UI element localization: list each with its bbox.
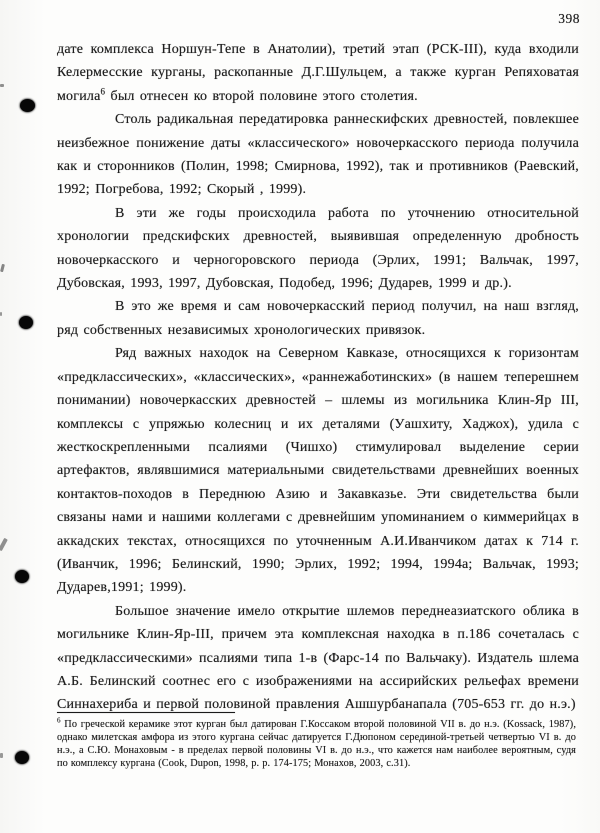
paragraph: В эти же годы происходила работа по уточ… (57, 202, 579, 296)
scan-artifact (0, 264, 5, 272)
scan-artifact (0, 538, 8, 551)
paragraph: В это же время и сам новочеркасский пери… (57, 295, 579, 342)
paragraph-text: был отнесен ко второй половине этого сто… (105, 89, 418, 104)
binding-hole-dot (15, 570, 29, 583)
paragraph: дате комплекса Норшун-Тепе в Анатолии), … (57, 38, 579, 108)
binding-hole-dot (20, 99, 35, 112)
paragraph: Столь радикальная передатировка раннески… (57, 108, 579, 202)
document-page: 398 дате комплекса Норшун-Тепе в Анатоли… (0, 0, 600, 833)
footnote: 6 По греческой керамике этот курган был … (57, 719, 576, 771)
page-number: 398 (558, 11, 580, 27)
footnote-text: По греческой керамике этот курган был да… (57, 719, 576, 769)
footnote-block: 6 По греческой керамике этот курган был … (57, 712, 576, 771)
scan-artifact (0, 753, 3, 758)
binding-hole-dot (19, 316, 33, 329)
scan-artifact (0, 312, 2, 316)
footnote-separator-rule (57, 712, 235, 713)
body-text: дате комплекса Норшун-Тепе в Анатолии), … (57, 38, 579, 717)
paragraph: Ряд важных находок на Северном Кавказе, … (57, 342, 579, 599)
scan-artifact (0, 84, 4, 87)
paragraph: Большое значение имело открытие шлемов п… (57, 600, 579, 717)
binding-hole-dot (15, 751, 29, 764)
